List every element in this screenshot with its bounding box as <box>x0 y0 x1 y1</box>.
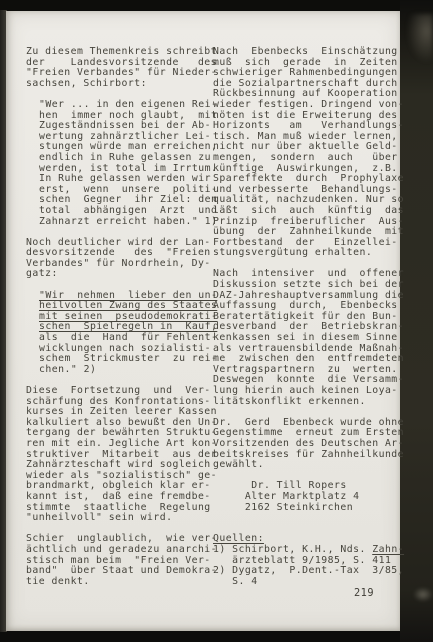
text-line: litätskonflikt erkennen. <box>213 397 405 408</box>
page-number: 219 <box>213 588 405 599</box>
paragraph: Zu diesem Themenkreis schreibtder Landes… <box>26 47 218 89</box>
scan-corner-glow <box>407 14 433 62</box>
text-line: S. 4 <box>213 577 405 588</box>
left-column: Zu diesem Themenkreis schreibtder Landes… <box>26 47 218 587</box>
paragraph: Diese Fortsetzung und Ver-schärfung des … <box>26 386 218 524</box>
address-block: Dr. Till Ropers Alter Marktplatz 4 2162 … <box>213 481 405 513</box>
text-line: sachsen, Schirbort: <box>26 79 218 90</box>
paragraph: Nach Ebenbecks Einschätzungmuß sich gera… <box>213 47 405 259</box>
text-line: gewählt. <box>213 460 405 471</box>
quote-block: "Wir nehmen lieber den un-heilvollen Zwa… <box>39 291 218 376</box>
text-line: chen." 2) <box>39 365 218 376</box>
paragraph: Schier unglaublich, wie ver-ächtlich und… <box>26 534 218 587</box>
text-line: stungsvergütung erhalten. <box>213 248 405 259</box>
paragraph: Nach intensiver und offenerDiskussion se… <box>213 269 405 407</box>
right-column: Nach Ebenbecks Einschätzungmuß sich gera… <box>213 47 405 599</box>
text-line: "unheilvoll" sein wird. <box>26 513 218 524</box>
quote-block: "Wer ... in den eigenen Rei-hen immer no… <box>39 100 218 227</box>
document-page: Zu diesem Themenkreis schreibtder Landes… <box>6 11 400 631</box>
paragraph: Noch deutlicher wird der Lan-desvorsitze… <box>26 238 218 280</box>
text-line: gatz: <box>26 269 218 280</box>
paragraph: Dr. Gerd Ebenbeck wurde ohneGegenstimme … <box>213 418 405 471</box>
text-line: 2162 Steinkirchen <box>213 503 405 514</box>
scan-smudge <box>413 587 433 602</box>
text-line: tie denkt. <box>26 577 218 588</box>
text-line: Zahnarzt erreicht haben." 1) <box>39 217 218 228</box>
source-list: Quellen:1) Schirbort, K.H., Nds. Zahn- ä… <box>213 534 405 587</box>
text-line: 219 <box>213 588 374 599</box>
